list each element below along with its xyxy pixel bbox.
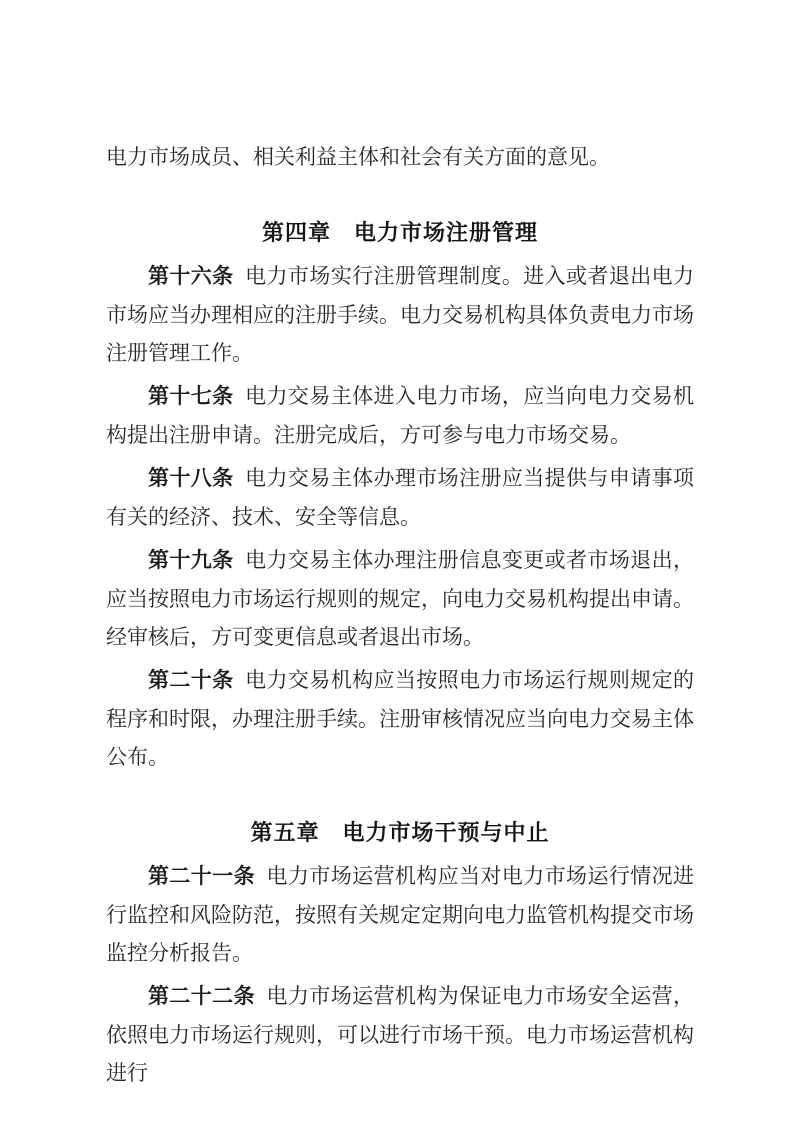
article-21-paragraph: 第二十一条电力市场运营机构应当对电力市场运行情况进行监控和风险防范，按照有关规定…: [106, 857, 694, 972]
article-16-paragraph: 第十六条电力市场实行注册管理制度。进入或者退出电力市场应当办理相应的注册手续。电…: [106, 257, 694, 372]
article-19-label: 第十九条: [148, 549, 234, 572]
article-21-label: 第二十一条: [148, 865, 255, 888]
article-22-paragraph: 第二十二条电力市场运营机构为保证电力市场安全运营，依照电力市场运行规则，可以进行…: [106, 977, 694, 1092]
article-17-paragraph: 第十七条电力交易主体进入电力市场，应当向电力交易机构提出注册申请。注册完成后，方…: [106, 377, 694, 454]
article-19-paragraph: 第十九条电力交易主体办理注册信息变更或者市场退出，应当按照电力市场运行规则的规定…: [106, 541, 694, 656]
article-18-label: 第十八条: [148, 467, 234, 490]
chapter-5-heading: 第五章 电力市场干预与中止: [106, 814, 694, 852]
paragraph-continuation: 电力市场成员、相关利益主体和社会有关方面的意见。: [106, 138, 694, 176]
article-18-paragraph: 第十八条电力交易主体办理市场注册应当提供与申请事项有关的经济、技术、安全等信息。: [106, 459, 694, 536]
article-20-paragraph: 第二十条电力交易机构应当按照电力市场运行规则规定的程序和时限，办理注册手续。注册…: [106, 661, 694, 776]
article-16-label: 第十六条: [148, 265, 234, 288]
chapter-4-heading: 第四章 电力市场注册管理: [106, 214, 694, 252]
article-22-label: 第二十二条: [148, 985, 255, 1008]
article-17-label: 第十七条: [148, 385, 234, 408]
document-page: 电力市场成员、相关利益主体和社会有关方面的意见。 第四章 电力市场注册管理 第十…: [0, 0, 800, 1131]
article-20-label: 第二十条: [148, 669, 234, 692]
